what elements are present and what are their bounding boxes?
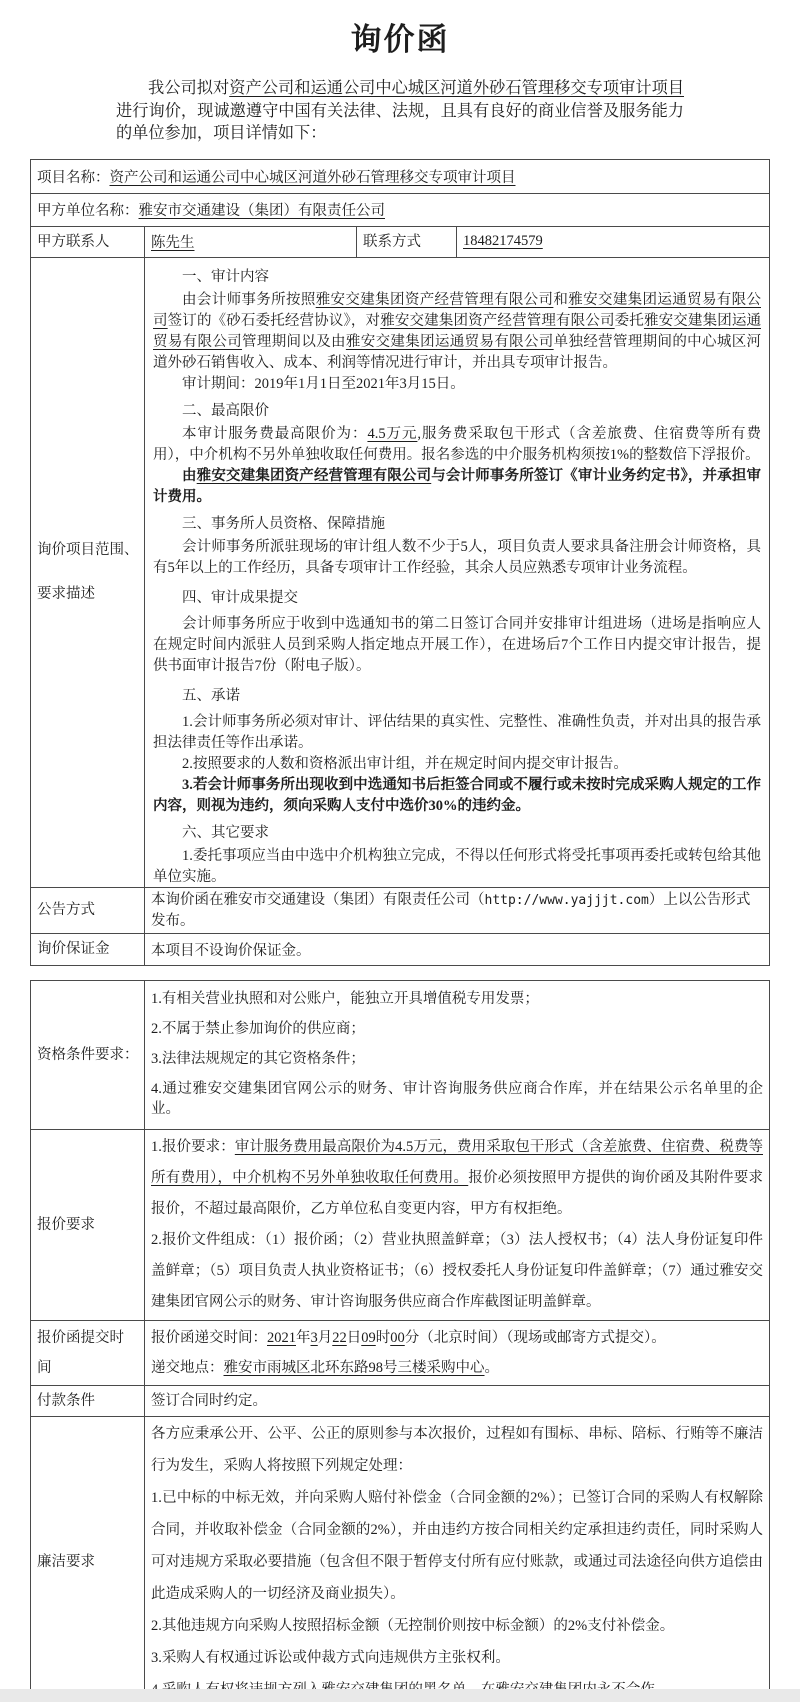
paragraph: 1.会计师事务所必须对审计、评估结果的真实性、完整性、准确性负责，并对出具的报告… bbox=[153, 712, 761, 754]
intro-paragraph: 我公司拟对资产公司和运通公司中心城区河道外砂石管理移交专项审计项目进行询价，现诚… bbox=[116, 77, 684, 145]
announcement-label: 公告方式 bbox=[31, 887, 145, 933]
paragraph: 三、事务所人员资格、保障措施 bbox=[153, 514, 761, 535]
paragraph: 报价函递交时间：2021年3月22日09时00分（北京时间）（现场或邮寄方式提交… bbox=[151, 1323, 763, 1353]
scope-row: 询价项目范围、 要求描述 一、审计内容由会计师事务所按照雅安交建集团资产经营管理… bbox=[31, 257, 770, 887]
page-bottom-edge bbox=[0, 1689, 800, 1702]
paragraph: 2.按照要求的人数和资格派出审计组，并在规定时间内提交审计报告。 bbox=[153, 754, 761, 775]
details-table: 资格条件要求： 1.有相关营业执照和对公账户，能独立开具增值税专用发票；2.不属… bbox=[30, 980, 770, 1702]
party-a-row: 甲方单位名称：雅安市交通建设（集团）有限责任公司 bbox=[31, 193, 770, 226]
paragraph: 1.有相关营业执照和对公账户，能独立开具增值税专用发票； bbox=[151, 989, 763, 1009]
contact-value: 陈先生 bbox=[151, 235, 195, 251]
phone-label: 联系方式 bbox=[357, 226, 457, 257]
party-a-label: 甲方单位名称： bbox=[37, 203, 139, 219]
party-a-value: 雅安市交通建设（集团）有限责任公司 bbox=[139, 203, 386, 219]
paragraph: 3.采购人有权通过诉讼或仲裁方式向违规供方主张权利。 bbox=[151, 1642, 763, 1674]
qualification-row: 资格条件要求： 1.有相关营业执照和对公账户，能独立开具增值税专用发票；2.不属… bbox=[31, 980, 770, 1129]
paragraph: 1.委托事项应当由中选中介机构独立完成，不得以任何形式将受托事项再委托或转包给其… bbox=[153, 846, 761, 884]
qualification-label: 资格条件要求： bbox=[31, 980, 145, 1129]
deposit-value: 本项目不设询价保证金。 bbox=[145, 933, 770, 965]
contact-label: 甲方联系人 bbox=[31, 226, 145, 257]
integrity-label: 廉洁要求 bbox=[31, 1416, 145, 1702]
payment-label: 付款条件 bbox=[31, 1385, 145, 1416]
qualification-content: 1.有相关营业执照和对公账户，能独立开具增值税专用发票；2.不属于禁止参加询价的… bbox=[151, 989, 763, 1121]
paragraph: 会计师事务所应于收到中选通知书的第二日签订合同并安排审计组进场（进场是指响应人在… bbox=[153, 614, 761, 677]
submission-row: 报价函提交时 间 报价函递交时间：2021年3月22日09时00分（北京时间）（… bbox=[31, 1320, 770, 1385]
contact-row: 甲方联系人 陈先生 联系方式 18482174579 bbox=[31, 226, 770, 257]
scope-content: 一、审计内容由会计师事务所按照雅安交建集团资产经营管理有限公司和雅安交建集团运通… bbox=[153, 261, 761, 884]
paragraph: 各方应秉承公开、公平、公正的原则参与本次报价，过程如有围标、串标、陪标、行贿等不… bbox=[151, 1418, 763, 1482]
paragraph: 3.若会计师事务所出现收到中选通知书后拒签合同或不履行或未按时完成采购人规定的工… bbox=[153, 775, 761, 817]
quotation-label: 报价要求 bbox=[31, 1129, 145, 1320]
project-name-value: 资产公司和运通公司中心城区河道外砂石管理移交专项审计项目 bbox=[110, 170, 516, 186]
deposit-label: 询价保证金 bbox=[31, 933, 145, 965]
paragraph: 1.报价要求：审计服务费用最高限价为4.5万元，费用采取包干形式（含差旅费、住宿… bbox=[151, 1132, 763, 1225]
document-title: 询价函 bbox=[0, 14, 800, 59]
paragraph: 2.其他违规方向采购人按照招标金额（无控制价则按中标金额）的2%支付补偿金。 bbox=[151, 1610, 763, 1642]
paragraph: 4.通过雅安交建集团官网公示的财务、审计咨询服务供应商合作库，并在结果公示名单里… bbox=[151, 1079, 763, 1119]
announcement-row: 公告方式 本询价函在雅安市交通建设（集团）有限责任公司（http://www.y… bbox=[31, 887, 770, 933]
project-name-row: 项目名称：资产公司和运通公司中心城区河道外砂石管理移交专项审计项目 bbox=[31, 159, 770, 193]
integrity-content: 各方应秉承公开、公平、公正的原则参与本次报价，过程如有围标、串标、陪标、行贿等不… bbox=[151, 1418, 763, 1702]
paragraph: 审计期间：2019年1月1日至2021年3月15日。 bbox=[153, 374, 761, 395]
paragraph: 2.报价文件组成：（1）报价函；（2）营业执照盖鲜章；（3）法人授权书；（4）法… bbox=[151, 1225, 763, 1318]
paragraph: 本审计服务费最高限价为：4.5万元,服务费采取包干形式（含差旅费、住宿费等所有费… bbox=[153, 424, 761, 466]
paragraph: 递交地点：雅安市雨城区北环东路98号三楼采购中心。 bbox=[151, 1353, 763, 1383]
payment-value: 签订合同时约定。 bbox=[145, 1385, 770, 1416]
quotation-content: 1.报价要求：审计服务费用最高限价为4.5万元，费用采取包干形式（含差旅费、住宿… bbox=[151, 1132, 763, 1318]
paragraph: 一、审计内容 bbox=[153, 267, 761, 288]
paragraph: 1.已中标的中标无效，并向采购人赔付补偿金（合同金额的2%）；已签订合同的采购人… bbox=[151, 1482, 763, 1610]
paragraph: 3.法律法规规定的其它资格条件； bbox=[151, 1049, 763, 1069]
paragraph: 由雅安交建集团资产经营管理有限公司与会计师事务所签订《审计业务约定书》，并承担审… bbox=[153, 466, 761, 508]
integrity-row: 廉洁要求 各方应秉承公开、公平、公正的原则参与本次报价，过程如有围标、串标、陪标… bbox=[31, 1416, 770, 1702]
paragraph: 2.不属于禁止参加询价的供应商； bbox=[151, 1019, 763, 1039]
paragraph: 由会计师事务所按照雅安交建集团资产经营管理有限公司和雅安交建集团运通贸易有限公司… bbox=[153, 290, 761, 374]
paragraph: 六、其它要求 bbox=[153, 823, 761, 844]
inquiry-table: 项目名称：资产公司和运通公司中心城区河道外砂石管理移交专项审计项目 甲方单位名称… bbox=[30, 159, 770, 966]
phone-value: 18482174579 bbox=[463, 233, 543, 249]
announcement-value: 本询价函在雅安市交通建设（集团）有限责任公司（http://www.yajjjt… bbox=[145, 887, 770, 933]
paragraph: 二、最高限价 bbox=[153, 401, 761, 422]
paragraph: 五、承诺 bbox=[153, 686, 761, 707]
paragraph: 会计师事务所派驻现场的审计组人数不少于5人，项目负责人要求具备注册会计师资格，具… bbox=[153, 537, 761, 579]
project-name-label: 项目名称： bbox=[37, 170, 110, 186]
quotation-row: 报价要求 1.报价要求：审计服务费用最高限价为4.5万元，费用采取包干形式（含差… bbox=[31, 1129, 770, 1320]
payment-row: 付款条件 签订合同时约定。 bbox=[31, 1385, 770, 1416]
deposit-row: 询价保证金 本项目不设询价保证金。 bbox=[31, 933, 770, 965]
submission-content: 报价函递交时间：2021年3月22日09时00分（北京时间）（现场或邮寄方式提交… bbox=[151, 1323, 763, 1383]
paragraph: 四、审计成果提交 bbox=[153, 588, 761, 609]
submission-label: 报价函提交时 间 bbox=[31, 1320, 145, 1385]
scope-label: 询价项目范围、 要求描述 bbox=[31, 257, 145, 887]
